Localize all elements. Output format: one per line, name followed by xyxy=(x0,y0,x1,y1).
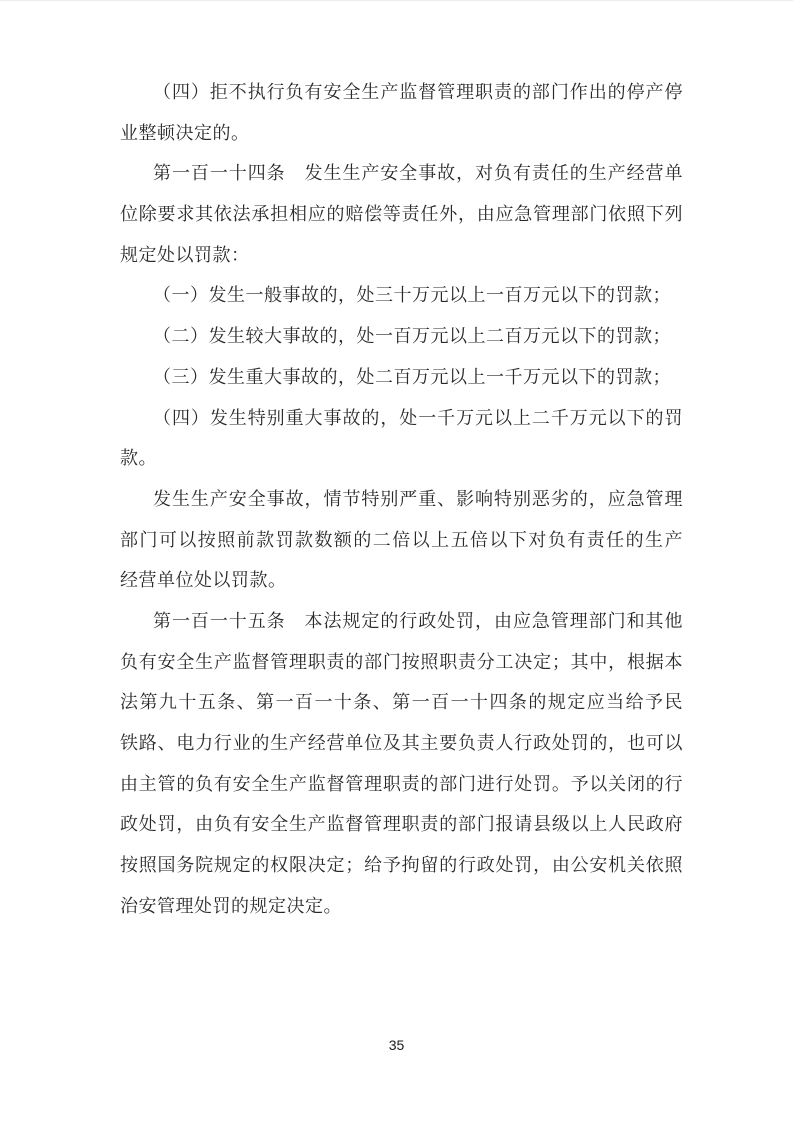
text-line: 负有安全生产监督管理职责的部门按照职责分工决定；其中，根据本 xyxy=(120,642,683,683)
text-line: 法第九十五条、第一百一十条、第一百一十四条的规定应当给予民航、 xyxy=(120,682,683,723)
text-line: 经营单位处以罚款。 xyxy=(120,560,683,601)
text-line: （四）拒不执行负有安全生产监督管理职责的部门作出的停产停 xyxy=(120,72,683,113)
text-line: 位除要求其依法承担相应的赔偿等责任外，由应急管理部门依照下列 xyxy=(120,194,683,235)
text-line: 规定处以罚款： xyxy=(120,235,683,276)
body-text: （四）拒不执行负有安全生产监督管理职责的部门作出的停产停 业整顿决定的。 第一百… xyxy=(120,72,683,926)
text-line: 按照国务院规定的权限决定；给予拘留的行政处罚，由公安机关依照 xyxy=(120,845,683,886)
text-line: （一）发生一般事故的，处三十万元以上一百万元以下的罚款； xyxy=(120,275,683,316)
text-line: 款。 xyxy=(120,438,683,479)
text-line: 由主管的负有安全生产监督管理职责的部门进行处罚。予以关闭的行 xyxy=(120,764,683,805)
text-line: 治安管理处罚的规定决定。 xyxy=(120,886,683,927)
text-line: 业整顿决定的。 xyxy=(120,113,683,154)
page-number: 35 xyxy=(0,1036,793,1054)
page-top-edge xyxy=(0,0,793,1)
text-line: 第一百一十四条 发生生产安全事故，对负有责任的生产经营单 xyxy=(120,153,683,194)
text-line: 政处罚，由负有安全生产监督管理职责的部门报请县级以上人民政府 xyxy=(120,804,683,845)
document-page: （四）拒不执行负有安全生产监督管理职责的部门作出的停产停 业整顿决定的。 第一百… xyxy=(0,0,793,1122)
text-line: 发生生产安全事故，情节特别严重、影响特别恶劣的，应急管理 xyxy=(120,479,683,520)
text-line: （二）发生较大事故的，处一百万元以上二百万元以下的罚款； xyxy=(120,316,683,357)
text-line: （四）发生特别重大事故的，处一千万元以上二千万元以下的罚 xyxy=(120,398,683,439)
text-line: 第一百一十五条 本法规定的行政处罚，由应急管理部门和其他 xyxy=(120,601,683,642)
text-line: 铁路、电力行业的生产经营单位及其主要负责人行政处罚的，也可以 xyxy=(120,723,683,764)
text-line: 部门可以按照前款罚款数额的二倍以上五倍以下对负有责任的生产 xyxy=(120,520,683,561)
text-line: （三）发生重大事故的，处二百万元以上一千万元以下的罚款； xyxy=(120,357,683,398)
